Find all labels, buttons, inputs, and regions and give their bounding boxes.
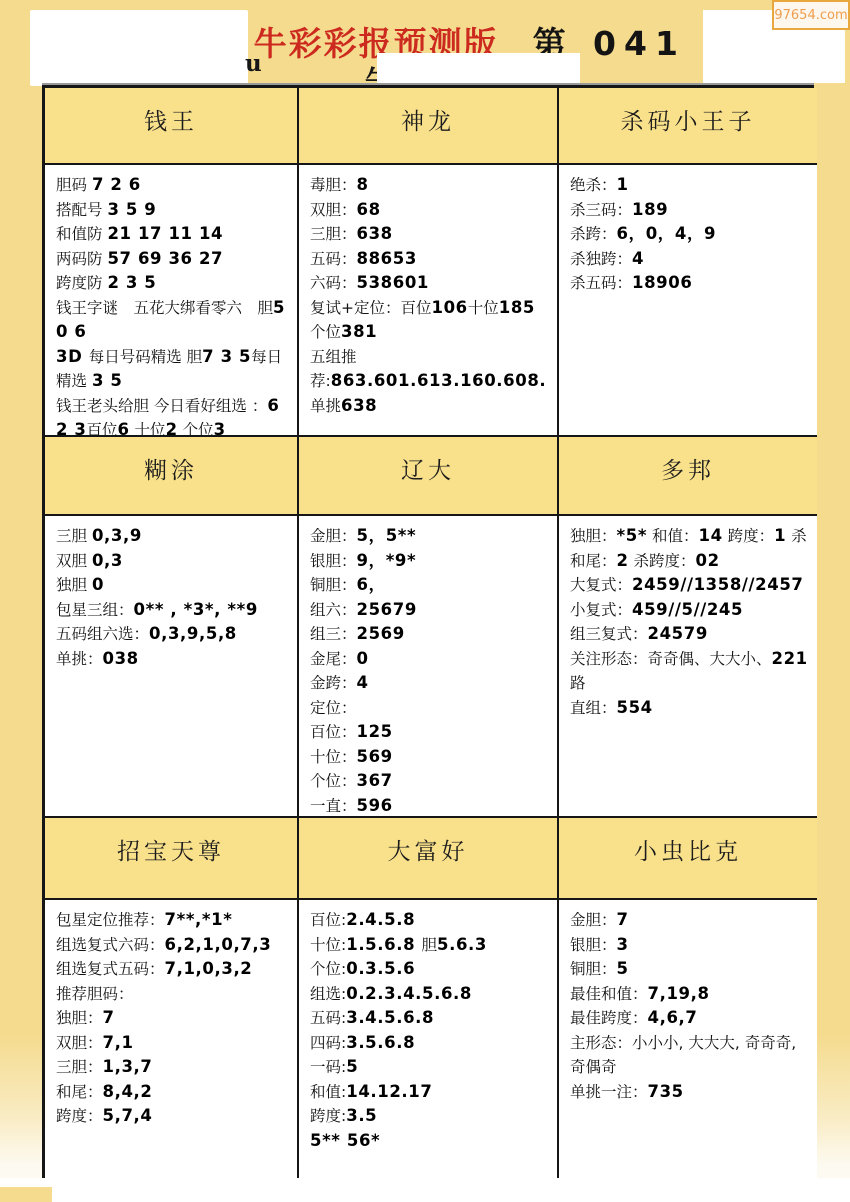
prediction-label: 胆码 <box>56 176 92 194</box>
prediction-line: 最佳和值：7,19,8 <box>570 982 809 1007</box>
prediction-label: 杀五码： <box>570 274 632 292</box>
prediction-label: 五码： <box>310 250 357 268</box>
prediction-value: 1,3,7 <box>103 1057 153 1076</box>
prediction-value: 7**,*1* <box>165 910 233 929</box>
prediction-label: 单挑一注： <box>570 1083 648 1101</box>
cell-title: 杀码小王子 <box>559 88 817 165</box>
prediction-label: 钱王老头给胆 今日看好组选 ： <box>56 397 267 415</box>
prediction-line: 单挑一注：735 <box>570 1080 809 1105</box>
prediction-value: 14.12.17 <box>346 1082 432 1101</box>
prediction-line: 独胆：*5* 和值：14 跨度：1 杀和尾：2 杀跨度：02 <box>570 524 809 573</box>
prediction-value: 367 <box>357 771 393 790</box>
cell-title: 辽大 <box>299 437 557 516</box>
prediction-line: 组三复式：24579 <box>570 622 809 647</box>
prediction-label: 独胆 <box>56 576 92 594</box>
prediction-value: 038 <box>103 649 139 668</box>
prediction-value: 0.3.5.6 <box>346 959 415 978</box>
prediction-line: 一码:5 <box>310 1055 549 1080</box>
prediction-value: 5 <box>617 959 629 978</box>
prediction-line: 三胆：1,3,7 <box>56 1055 289 1080</box>
prediction-value: 3 <box>214 420 226 437</box>
prediction-value: 7 <box>617 910 629 929</box>
prediction-label: 杀跨度： <box>629 552 696 570</box>
prediction-value: 88653 <box>357 249 417 268</box>
prediction-value: 2459//1358//2457 <box>632 575 803 594</box>
prediction-label: 钱王字谜 五花大绑看零六 胆 <box>56 299 273 317</box>
prediction-label: 最佳和值： <box>570 985 648 1003</box>
prediction-value: 8 <box>357 175 369 194</box>
prediction-line: 推荐胆码： <box>56 982 289 1007</box>
prediction-value: 7 2 6 <box>92 175 141 194</box>
prediction-value: 1 <box>774 526 786 545</box>
prediction-value: 0** , *3*, **9 <box>134 600 258 619</box>
prediction-label: 定位： <box>310 699 357 717</box>
prediction-line: 金尾：0 <box>310 647 549 672</box>
cell-title: 大富好 <box>299 818 557 900</box>
prediction-line: 一直：596 <box>310 794 549 819</box>
prediction-grid: 钱王 胆码 7 2 6搭配号 3 5 9和值防 21 17 11 14两码防 5… <box>42 85 814 1178</box>
prediction-value: 0,3 <box>92 551 123 570</box>
prediction-value: 2 <box>617 551 629 570</box>
prediction-label: 十位 <box>130 421 166 437</box>
prediction-label: 四码: <box>310 1034 346 1052</box>
prediction-label: 组六： <box>310 601 357 619</box>
prediction-label: 跨度: <box>310 1107 346 1125</box>
cell-title: 多邦 <box>559 437 817 516</box>
prediction-line: 胆码 7 2 6 <box>56 173 289 198</box>
prediction-label: 胆 <box>422 936 438 954</box>
prediction-label: 个位： <box>310 772 357 790</box>
prediction-label: 小复式： <box>570 601 632 619</box>
prediction-line: 个位:0.3.5.6 <box>310 957 549 982</box>
prediction-label: 金尾： <box>310 650 357 668</box>
prediction-line: 搭配号 3 5 9 <box>56 198 289 223</box>
prediction-value: 3.4.5.6.8 <box>346 1008 434 1027</box>
prediction-line: 金胆：5，5** <box>310 524 549 549</box>
prediction-line: 关注形态：奇奇偶、大大小、221路 <box>570 647 809 696</box>
prediction-label: 每日号码精选 胆 <box>89 348 202 366</box>
prediction-value: 7,1,0,3,2 <box>165 959 253 978</box>
prediction-label: 杀跨： <box>570 225 617 243</box>
prediction-label: 百位： <box>310 723 357 741</box>
prediction-value: 2 3 5 <box>107 273 156 292</box>
prediction-label: 三胆： <box>310 225 357 243</box>
prediction-line: 复试+定位：百位106十位185个位381 <box>310 296 549 345</box>
prediction-value: 5.6.3 <box>437 935 487 954</box>
prediction-line: 金胆：7 <box>570 908 809 933</box>
prediction-line: 铜胆：6， <box>310 573 549 598</box>
cell-body: 金胆：7银胆：3铜胆：5最佳和值：7,19,8最佳跨度：4,6,7主形态：小小小… <box>559 900 817 1104</box>
bottom-margin <box>0 1178 850 1202</box>
cell-liaoda: 辽大 金胆：5，5**银胆：9，*9*铜胆：6，组六：25679组三：2569金… <box>299 437 559 818</box>
prediction-value: 3.5 <box>346 1106 377 1125</box>
cell-title: 钱王 <box>45 88 297 165</box>
cell-title: 招宝天尊 <box>45 818 297 900</box>
prediction-line: 两码防 57 69 36 27 <box>56 247 289 272</box>
prediction-label: 跨度： <box>56 1107 103 1125</box>
prediction-line: 和尾：8,4,2 <box>56 1080 289 1105</box>
prediction-value: 125 <box>357 722 393 741</box>
prediction-label: 个位: <box>310 960 346 978</box>
prediction-value: 18906 <box>632 273 692 292</box>
prediction-label: 单挑 <box>310 397 341 415</box>
prediction-line: 组选:0.2.3.4.5.6.8 <box>310 982 549 1007</box>
prediction-value: 6，0，4，9 <box>617 224 717 243</box>
prediction-line: 四码:3.5.6.8 <box>310 1031 549 1056</box>
cell-body: 独胆：*5* 和值：14 跨度：1 杀和尾：2 杀跨度：02大复式：2459//… <box>559 516 817 720</box>
cell-body: 毒胆：8双胆：68三胆：638五码：88653六码：538601复试+定位：百位… <box>299 165 557 418</box>
prediction-line: 3D 每日号码精选 胆7 3 5每日精选 3 5 <box>56 345 289 394</box>
prediction-label: 和值： <box>647 527 698 545</box>
prediction-value: 0 <box>357 649 369 668</box>
prediction-line: 五码：88653 <box>310 247 549 272</box>
prediction-label: 组选: <box>310 985 346 1003</box>
prediction-value: 0,3,9 <box>92 526 142 545</box>
cell-shama-xiaowangzi: 杀码小王子 绝杀：1杀三码：189杀跨：6，0，4，9杀独跨：4杀五码：1890… <box>559 88 817 437</box>
prediction-label: 路 <box>570 674 586 692</box>
prediction-line: 杀跨：6，0，4，9 <box>570 222 809 247</box>
prediction-line: 单挑：038 <box>56 647 289 672</box>
prediction-value: 0 <box>92 575 104 594</box>
prediction-value: 5** 56* <box>310 1131 380 1150</box>
prediction-label: 搭配号 <box>56 201 107 219</box>
prediction-label: 包星三组： <box>56 601 134 619</box>
cell-xiaochong-bike: 小虫比克 金胆：7银胆：3铜胆：5最佳和值：7,19,8最佳跨度：4,6,7主形… <box>559 818 817 1178</box>
prediction-line: 双胆 0,3 <box>56 549 289 574</box>
prediction-label: 双胆： <box>56 1034 103 1052</box>
prediction-label: 绝杀： <box>570 176 617 194</box>
prediction-label: 五码组六选： <box>56 625 149 643</box>
prediction-line: 杀五码：18906 <box>570 271 809 296</box>
page-header: u 牛彩彩报预测版第 041 期 牛 97654.com <box>0 0 850 88</box>
prediction-value: 14 <box>699 526 723 545</box>
prediction-label: 关注形态：奇奇偶、大大小、 <box>570 650 772 668</box>
cell-body: 包星定位推荐：7**,*1*组选复式六码：6,2,1,0,7,3组选复式五码：7… <box>45 900 297 1129</box>
prediction-label: 个位 <box>310 323 341 341</box>
prediction-value: 9，*9* <box>357 551 417 570</box>
prediction-line: 5** 56* <box>310 1129 549 1154</box>
prediction-line: 最佳跨度：4,6,7 <box>570 1006 809 1031</box>
prediction-label: 十位 <box>468 299 499 317</box>
prediction-label: 十位: <box>310 936 346 954</box>
prediction-value: 735 <box>648 1082 684 1101</box>
prediction-line: 跨度:3.5 <box>310 1104 549 1129</box>
prediction-value: 25679 <box>357 600 417 619</box>
prediction-value: 106 <box>432 298 468 317</box>
prediction-label: 金胆： <box>570 911 617 929</box>
prediction-label: 和值: <box>310 1083 346 1101</box>
prediction-label: 跨度： <box>723 527 774 545</box>
prediction-label: 组三复式： <box>570 625 648 643</box>
cell-title: 小虫比克 <box>559 818 817 900</box>
prediction-value: 3.5.6.8 <box>346 1033 415 1052</box>
prediction-value: 863.601.613.160.608. <box>331 371 547 390</box>
prediction-line: 包星定位推荐：7**,*1* <box>56 908 289 933</box>
prediction-line: 大复式：2459//1358//2457 <box>570 573 809 598</box>
prediction-value: 0.2.3.4.5.6.8 <box>346 984 472 1003</box>
prediction-label: 复试+定位：百位 <box>310 299 432 317</box>
prediction-line: 和值:14.12.17 <box>310 1080 549 1105</box>
prediction-label: 三胆： <box>56 1058 103 1076</box>
prediction-line: 小复式：459//5//245 <box>570 598 809 623</box>
prediction-label: 百位: <box>310 911 346 929</box>
prediction-line: 组选复式五码：7,1,0,3,2 <box>56 957 289 982</box>
cell-body: 金胆：5，5**银胆：9，*9*铜胆：6，组六：25679组三：2569金尾：0… <box>299 516 557 818</box>
prediction-line: 三胆：638 <box>310 222 549 247</box>
prediction-value: 2 <box>166 420 178 437</box>
prediction-value: 3 5 <box>92 371 123 390</box>
prediction-value: 4 <box>632 249 644 268</box>
prediction-value: 221 <box>772 649 808 668</box>
cell-body: 绝杀：1杀三码：189杀跨：6，0，4，9杀独跨：4杀五码：18906 <box>559 165 817 296</box>
prediction-value: 7,19,8 <box>648 984 710 1003</box>
prediction-label: 单挑： <box>56 650 103 668</box>
prediction-line: 单挑638 <box>310 394 549 419</box>
prediction-line: 钱王老头给胆 今日看好组选 ：6 2 3百位6 十位2 个位3 <box>56 394 289 438</box>
prediction-value: 2.4.5.8 <box>346 910 415 929</box>
prediction-value: 459//5//245 <box>632 600 743 619</box>
prediction-line: 金跨：4 <box>310 671 549 696</box>
prediction-line: 独胆：7 <box>56 1006 289 1031</box>
prediction-line: 直组：554 <box>570 696 809 721</box>
prediction-value: 569 <box>357 747 393 766</box>
prediction-value: 189 <box>632 200 668 219</box>
watermark-badge: 97654.com <box>772 0 850 30</box>
cell-dafuhao: 大富好 百位:2.4.5.8十位:1.5.6.8 胆5.6.3个位:0.3.5.… <box>299 818 559 1178</box>
prediction-line: 跨度：5,7,4 <box>56 1104 289 1129</box>
prediction-line: 双胆：7,1 <box>56 1031 289 1056</box>
prediction-line: 银胆：9，*9* <box>310 549 549 574</box>
cell-title: 糊涂 <box>45 437 297 516</box>
prediction-value: 538601 <box>357 273 429 292</box>
prediction-value: 1.5.6.8 <box>346 935 421 954</box>
prediction-value: 4,6,7 <box>648 1008 698 1027</box>
prediction-value: 5,7,4 <box>103 1106 153 1125</box>
prediction-label: 银胆： <box>310 552 357 570</box>
prediction-line: 毒胆：8 <box>310 173 549 198</box>
prediction-line: 十位：569 <box>310 745 549 770</box>
prediction-line: 组六：25679 <box>310 598 549 623</box>
prediction-line: 银胆：3 <box>570 933 809 958</box>
bottom-left-patch <box>0 1187 52 1202</box>
prediction-line: 百位：125 <box>310 720 549 745</box>
prediction-line: 包星三组：0** , *3*, **9 <box>56 598 289 623</box>
prediction-line: 六码：538601 <box>310 271 549 296</box>
prediction-label: 金胆： <box>310 527 357 545</box>
prediction-line: 杀三码：189 <box>570 198 809 223</box>
prediction-value: 3D <box>56 347 89 366</box>
prediction-value: 1 <box>617 175 629 194</box>
prediction-line: 和值防 21 17 11 14 <box>56 222 289 247</box>
cell-body: 三胆 0,3,9双胆 0,3独胆 0包星三组：0** , *3*, **9五码组… <box>45 516 297 671</box>
prediction-line: 独胆 0 <box>56 573 289 598</box>
prediction-line: 定位： <box>310 696 549 721</box>
prediction-label: 跨度防 <box>56 274 107 292</box>
prediction-value: 7,1 <box>103 1033 134 1052</box>
prediction-label: 铜胆： <box>570 960 617 978</box>
cell-shenlong: 神龙 毒胆：8双胆：68三胆：638五码：88653六码：538601复试+定位… <box>299 88 559 437</box>
prediction-value: 6， <box>357 575 386 594</box>
prediction-line: 主形态：小小小, 大大大, 奇奇奇, 奇偶奇 <box>570 1031 809 1080</box>
prediction-label: 双胆： <box>310 201 357 219</box>
prediction-value: 57 69 36 27 <box>107 249 223 268</box>
prediction-value: 21 17 11 14 <box>107 224 223 243</box>
prediction-line: 双胆：68 <box>310 198 549 223</box>
prediction-label: 大复式： <box>570 576 632 594</box>
prediction-label: 个位 <box>178 421 214 437</box>
cell-duobang: 多邦 独胆：*5* 和值：14 跨度：1 杀和尾：2 杀跨度：02大复式：245… <box>559 437 817 818</box>
prediction-label: 直组： <box>570 699 617 717</box>
prediction-value: 4 <box>357 673 369 692</box>
prediction-label: 最佳跨度： <box>570 1009 648 1027</box>
prediction-line: 五组推荐:863.601.613.160.608. <box>310 345 549 394</box>
prediction-label: 组选复式五码： <box>56 960 165 978</box>
prediction-line: 绝杀：1 <box>570 173 809 198</box>
prediction-label: 和值防 <box>56 225 107 243</box>
prediction-label: 一直： <box>310 797 357 815</box>
prediction-value: 3 <box>617 935 629 954</box>
prediction-value: 6,2,1,0,7,3 <box>165 935 272 954</box>
prediction-label: 银胆： <box>570 936 617 954</box>
prediction-label: 和尾： <box>56 1083 103 1101</box>
prediction-value: 596 <box>357 796 393 815</box>
prediction-value: 2569 <box>357 624 405 643</box>
prediction-label: 两码防 <box>56 250 107 268</box>
prediction-line: 个位：367 <box>310 769 549 794</box>
prediction-line: 组三：2569 <box>310 622 549 647</box>
prediction-label: 六码： <box>310 274 357 292</box>
prediction-value: 3 5 9 <box>107 200 156 219</box>
prediction-value: 381 <box>341 322 377 341</box>
cell-hutu: 糊涂 三胆 0,3,9双胆 0,3独胆 0包星三组：0** , *3*, **9… <box>45 437 299 818</box>
prediction-value: 6 <box>118 420 130 437</box>
prediction-label: 铜胆： <box>310 576 357 594</box>
prediction-label: 五码: <box>310 1009 346 1027</box>
prediction-line: 组选复式六码：6,2,1,0,7,3 <box>56 933 289 958</box>
cell-body: 百位:2.4.5.8十位:1.5.6.8 胆5.6.3个位:0.3.5.6组选:… <box>299 900 557 1153</box>
prediction-value: 638 <box>357 224 393 243</box>
prediction-label: 一码: <box>310 1058 346 1076</box>
prediction-label: 主形态：小小小, 大大大, 奇奇奇, 奇偶奇 <box>570 1034 796 1077</box>
prediction-label: 双胆 <box>56 552 92 570</box>
prediction-label: 独胆： <box>56 1009 103 1027</box>
prediction-line: 铜胆：5 <box>570 957 809 982</box>
prediction-label: 百位 <box>87 421 118 437</box>
prediction-line: 跨度防 2 3 5 <box>56 271 289 296</box>
prediction-value: 8,4,2 <box>103 1082 153 1101</box>
prediction-label: 十位： <box>310 748 357 766</box>
cell-qianwang: 钱王 胆码 7 2 6搭配号 3 5 9和值防 21 17 11 14两码防 5… <box>45 88 299 437</box>
prediction-value: 5，5** <box>357 526 417 545</box>
prediction-value: 7 3 5 <box>202 347 251 366</box>
prediction-label: 毒胆： <box>310 176 357 194</box>
prediction-label: 杀独跨： <box>570 250 632 268</box>
prediction-line: 十位:1.5.6.8 胆5.6.3 <box>310 933 549 958</box>
prediction-label: 独胆： <box>570 527 617 545</box>
prediction-value: 5 <box>346 1057 358 1076</box>
prediction-value: 0,3,9,5,8 <box>149 624 237 643</box>
prediction-label: 推荐胆码： <box>56 985 134 1003</box>
prediction-value: 185 <box>499 298 535 317</box>
prediction-value: 68 <box>357 200 381 219</box>
prediction-label: 三胆 <box>56 527 92 545</box>
prediction-line: 钱王字谜 五花大绑看零六 胆5 0 6 <box>56 296 289 345</box>
prediction-value: 24579 <box>648 624 708 643</box>
prediction-value: *5* <box>617 526 648 545</box>
prediction-line: 五码组六选：0,3,9,5,8 <box>56 622 289 647</box>
cell-body: 胆码 7 2 6搭配号 3 5 9和值防 21 17 11 14两码防 57 6… <box>45 165 297 437</box>
prediction-line: 百位:2.4.5.8 <box>310 908 549 933</box>
prediction-label: 金跨： <box>310 674 357 692</box>
prediction-value: 02 <box>696 551 720 570</box>
prediction-line: 三胆 0,3,9 <box>56 524 289 549</box>
cell-title: 神龙 <box>299 88 557 165</box>
prediction-label: 组三： <box>310 625 357 643</box>
prediction-value: 7 <box>103 1008 115 1027</box>
prediction-label: 组选复式六码： <box>56 936 165 954</box>
prediction-value: 554 <box>617 698 653 717</box>
prediction-line: 杀独跨：4 <box>570 247 809 272</box>
prediction-label: 杀三码： <box>570 201 632 219</box>
prediction-line: 五码:3.4.5.6.8 <box>310 1006 549 1031</box>
prediction-label: 包星定位推荐： <box>56 911 165 929</box>
prediction-value: 638 <box>341 396 377 415</box>
cell-zhaobao-tianzun: 招宝天尊 包星定位推荐：7**,*1*组选复式六码：6,2,1,0,7,3组选复… <box>45 818 299 1178</box>
